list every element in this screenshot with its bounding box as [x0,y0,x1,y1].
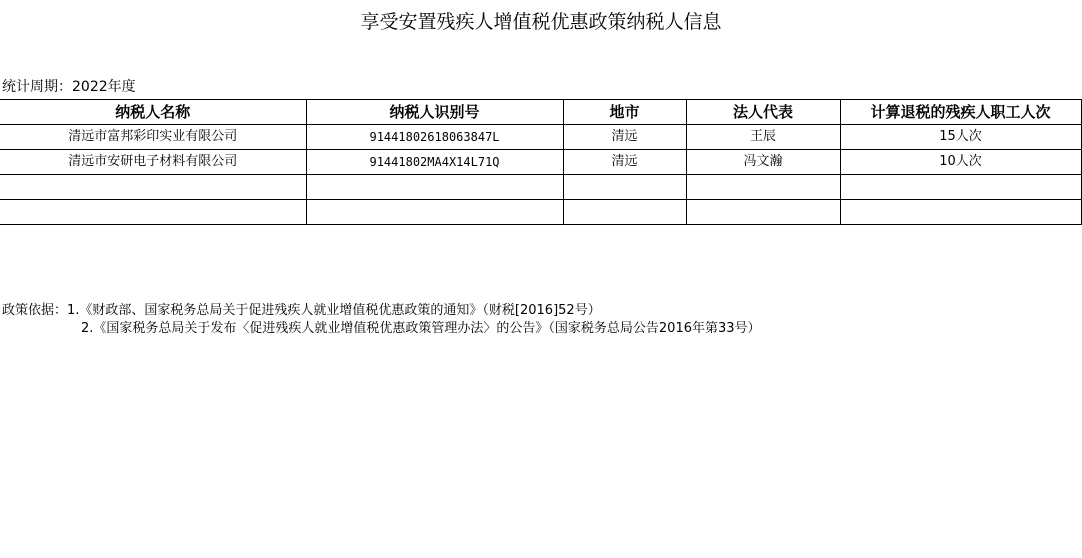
cell-legal-rep: 冯文瀚 [686,150,840,175]
taxpayer-table: 纳税人名称 纳税人识别号 地市 法人代表 计算退税的残疾人职工人次 清远市富邦彩… [0,99,1082,225]
table-row-empty [0,200,1081,225]
header-taxpayer-name: 纳税人名称 [0,100,306,125]
cell-disabled-staff-count: 15人次 [840,125,1081,150]
statistics-period: 统计周期：2022年度 [2,78,136,96]
policy-basis-line-2: 2.《国家税务总局关于发布〈促进残疾人就业增值税优惠政策管理办法〉的公告》（国家… [2,320,761,338]
cell-taxpayer-id: 91441802MA4X14L71Q [306,150,563,175]
header-legal-rep: 法人代表 [686,100,840,125]
cell-taxpayer-name [0,200,306,225]
policy-basis: 政策依据：1.《财政部、国家税务总局关于促进残疾人就业增值税优惠政策的通知》（财… [2,302,761,338]
cell-disabled-staff-count: 10人次 [840,150,1081,175]
cell-taxpayer-id: 91441802618063847L [306,125,563,150]
cell-disabled-staff-count [840,200,1081,225]
table-row: 清远市安研电子材料有限公司 91441802MA4X14L71Q 清远 冯文瀚 … [0,150,1081,175]
cell-taxpayer-name: 清远市富邦彩印实业有限公司 [0,125,306,150]
cell-legal-rep: 王辰 [686,125,840,150]
cell-disabled-staff-count [840,175,1081,200]
policy-basis-label: 政策依据： [2,303,67,318]
table-row-empty [0,175,1081,200]
table-header-row: 纳税人名称 纳税人识别号 地市 法人代表 计算退税的残疾人职工人次 [0,100,1081,125]
cell-city: 清远 [563,125,686,150]
header-disabled-staff-count: 计算退税的残疾人职工人次 [840,100,1081,125]
cell-legal-rep [686,200,840,225]
cell-legal-rep [686,175,840,200]
cell-taxpayer-id [306,175,563,200]
cell-city [563,175,686,200]
header-city: 地市 [563,100,686,125]
cell-city [563,200,686,225]
table-row: 清远市富邦彩印实业有限公司 91441802618063847L 清远 王辰 1… [0,125,1081,150]
policy-item-1: 1.《财政部、国家税务总局关于促进残疾人就业增值税优惠政策的通知》（财税[201… [67,303,601,318]
cell-taxpayer-name [0,175,306,200]
cell-city: 清远 [563,150,686,175]
header-taxpayer-id: 纳税人识别号 [306,100,563,125]
cell-taxpayer-id [306,200,563,225]
page-title: 享受安置残疾人增值税优惠政策纳税人信息 [0,10,1082,34]
policy-basis-line-1: 政策依据：1.《财政部、国家税务总局关于促进残疾人就业增值税优惠政策的通知》（财… [2,302,761,320]
cell-taxpayer-name: 清远市安研电子材料有限公司 [0,150,306,175]
policy-item-2: 2.《国家税务总局关于发布〈促进残疾人就业增值税优惠政策管理办法〉的公告》（国家… [81,321,761,336]
